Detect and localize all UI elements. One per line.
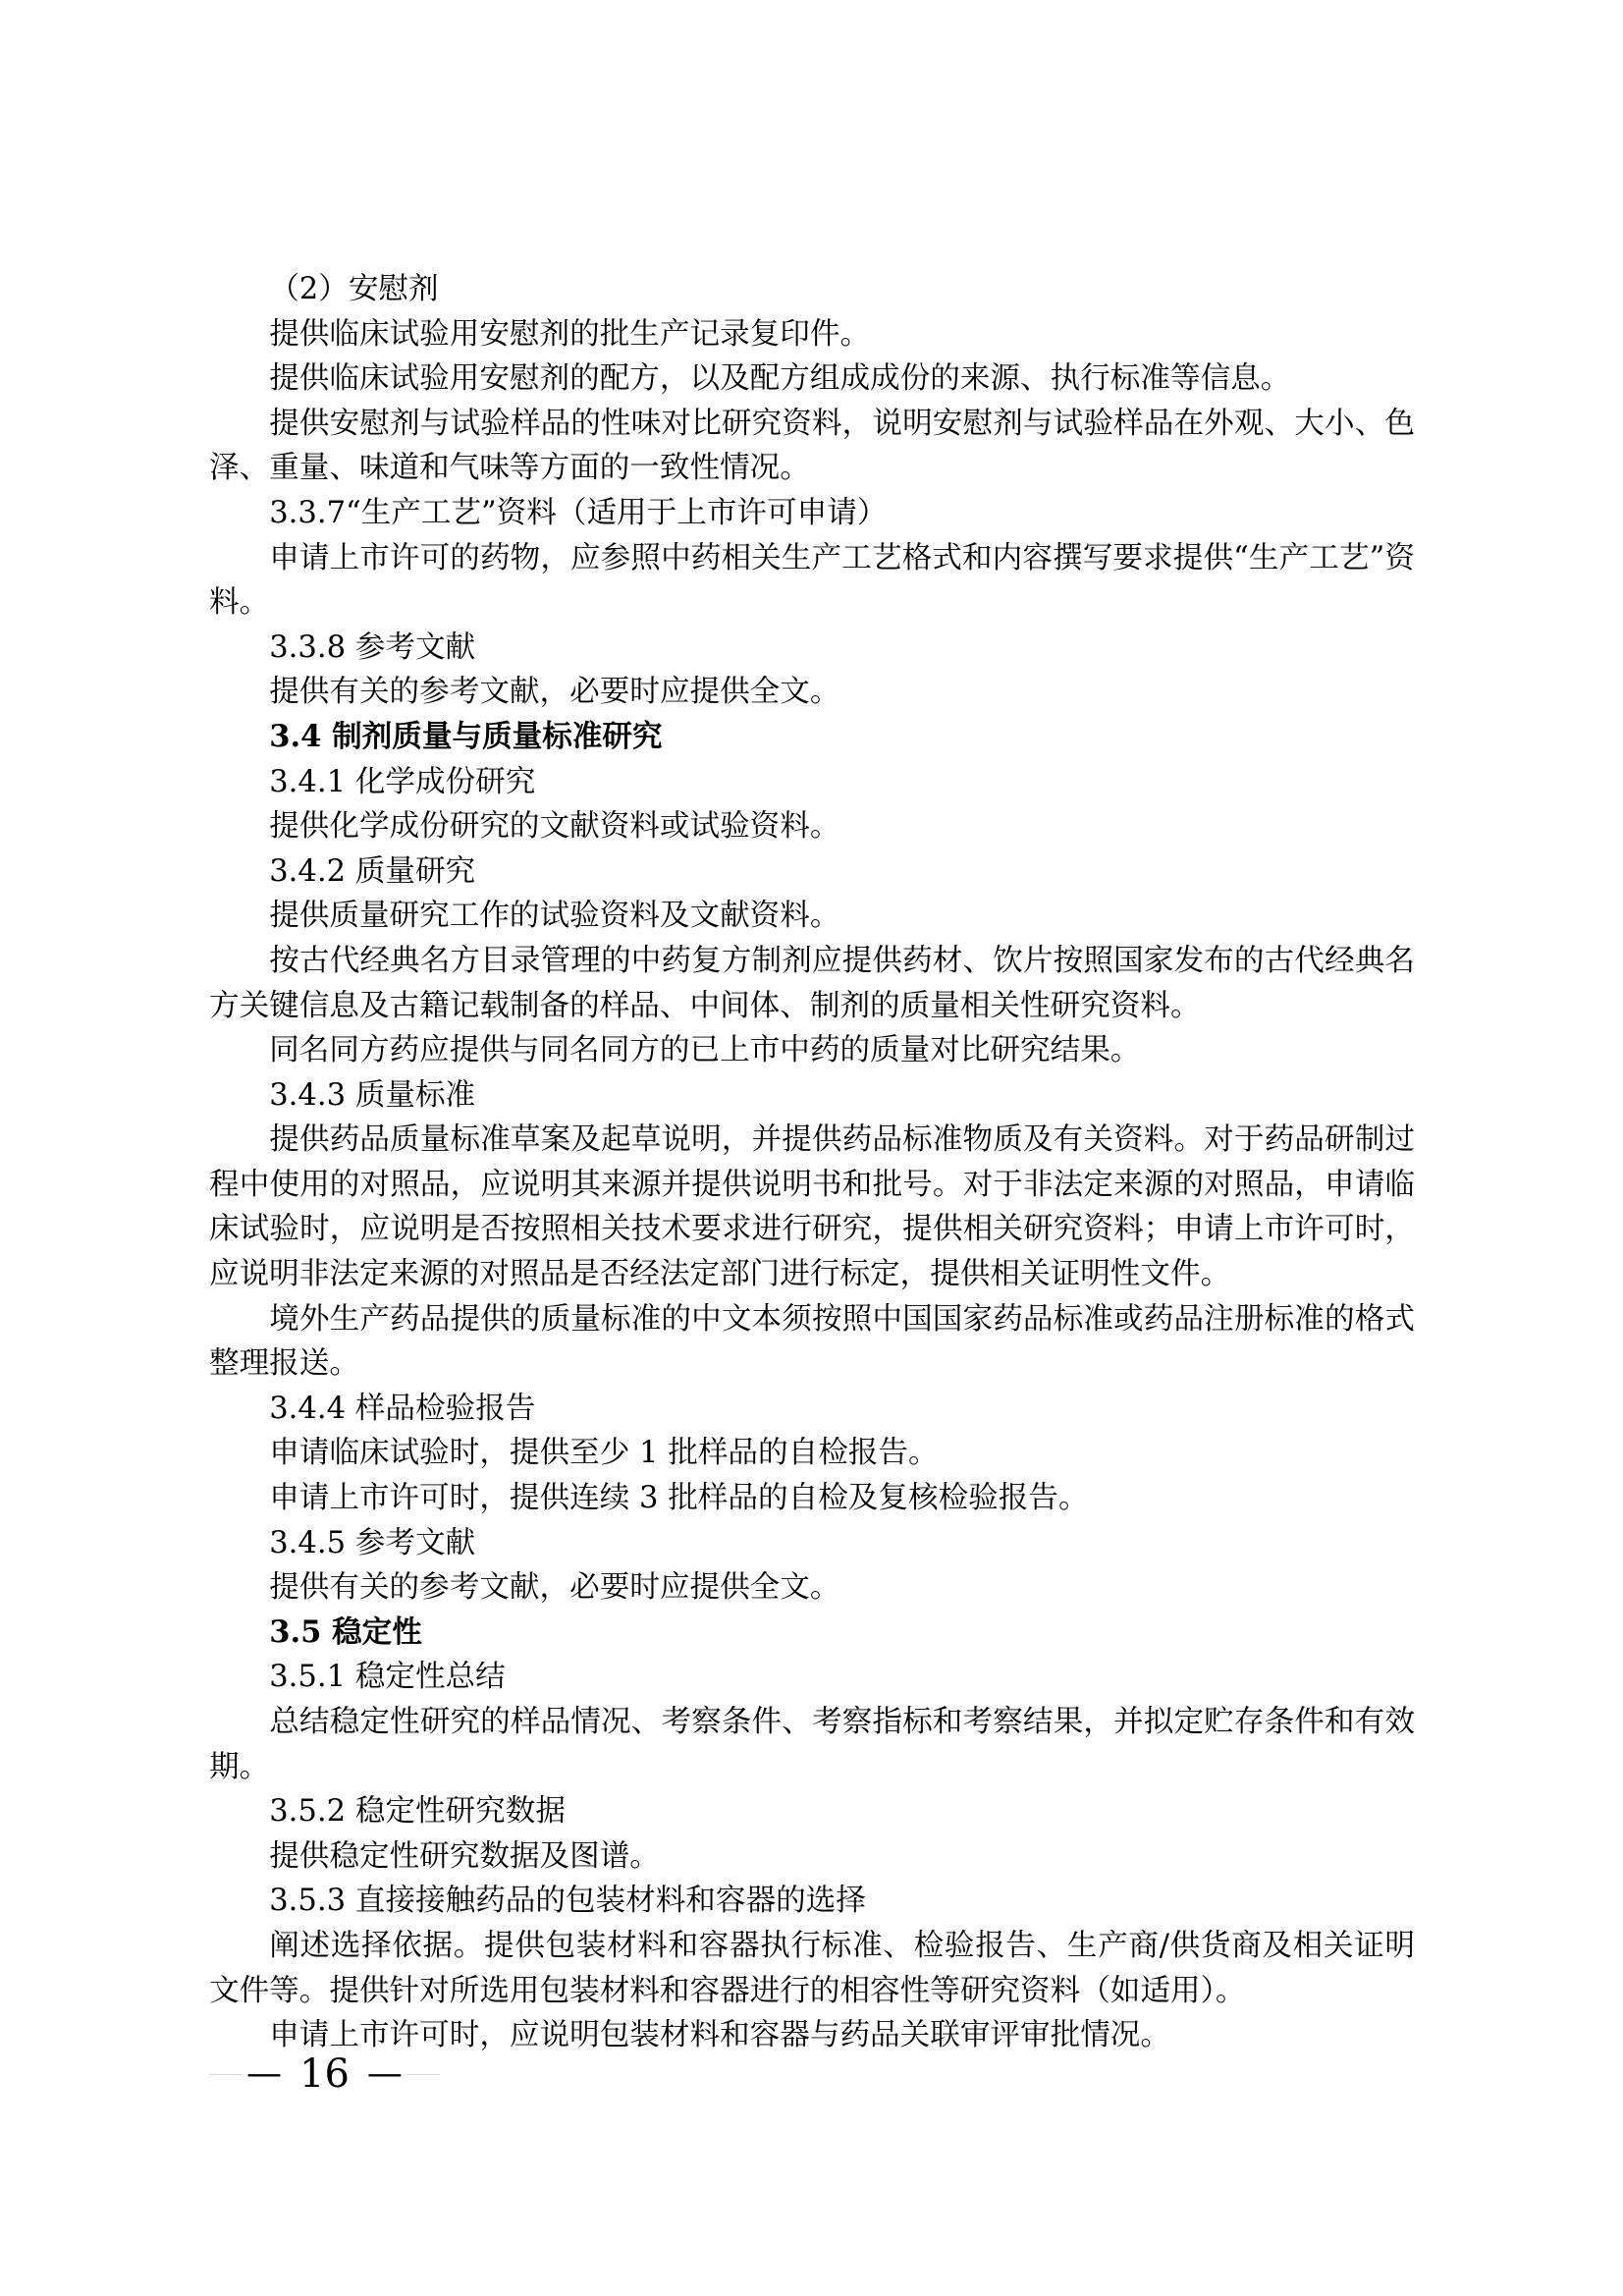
section-3-3-7-heading: 3.3.7“生产工艺”资料（适用于上市许可申请） (209, 491, 1415, 536)
body-paragraph: 申请临床试验时，提供至少 1 批样品的自检报告。 (209, 1431, 1415, 1476)
page-footer: — 16 — (209, 2050, 440, 2098)
body-paragraph: 同名同方药应提供与同名同方的已上市中药的质量对比研究结果。 (209, 1028, 1415, 1073)
section-3-4-1-heading: 3.4.1 化学成份研究 (209, 760, 1415, 805)
page-number: 16 (299, 2050, 350, 2098)
body-paragraph: 提供药品质量标准草案及起草说明，并提供药品标准物质及有关资料。对于药品研制过程中… (209, 1118, 1415, 1296)
item-2-placebo-heading: （2）安慰剂 (209, 267, 1415, 312)
body-paragraph: 申请上市许可时，提供连续 3 批样品的自检及复核检验报告。 (209, 1476, 1415, 1521)
footer-dash-left: — (246, 2050, 282, 2098)
body-paragraph: 申请上市许可的药物，应参照中药相关生产工艺格式和内容撰写要求提供“生产工艺”资料… (209, 536, 1415, 626)
body-paragraph: 提供有关的参考文献，必要时应提供全文。 (209, 670, 1415, 715)
body-paragraph: 提供安慰剂与试验样品的性味对比研究资料，说明安慰剂与试验样品在外观、大小、色泽、… (209, 402, 1415, 491)
footer-dash-right: — (367, 2050, 403, 2098)
section-3-5-1-heading: 3.5.1 稳定性总结 (209, 1655, 1415, 1700)
body-paragraph: 提供稳定性研究数据及图谱。 (209, 1834, 1415, 1880)
body-paragraph: 提供有关的参考文献，必要时应提供全文。 (209, 1565, 1415, 1611)
section-3-5-2-heading: 3.5.2 稳定性研究数据 (209, 1789, 1415, 1834)
section-3-5-3-heading: 3.5.3 直接接触药品的包装材料和容器的选择 (209, 1879, 1415, 1924)
section-3-4-3-heading: 3.4.3 质量标准 (209, 1073, 1415, 1119)
document-page: （2）安慰剂 提供临床试验用安慰剂的批生产记录复印件。 提供临床试验用安慰剂的配… (0, 0, 1623, 2296)
body-paragraph: 境外生产药品提供的质量标准的中文本须按照中国国家药品标准或药品注册标准的格式整理… (209, 1297, 1415, 1387)
document-body: （2）安慰剂 提供临床试验用安慰剂的批生产记录复印件。 提供临床试验用安慰剂的配… (209, 267, 1415, 2058)
section-3-4-2-heading: 3.4.2 质量研究 (209, 849, 1415, 895)
section-3-4-5-heading: 3.4.5 参考文献 (209, 1521, 1415, 1566)
section-3-3-8-heading: 3.3.8 参考文献 (209, 626, 1415, 671)
body-paragraph: 提供临床试验用安慰剂的批生产记录复印件。 (209, 312, 1415, 357)
footer-rule-right (406, 2074, 440, 2075)
section-3-4-4-heading: 3.4.4 样品检验报告 (209, 1387, 1415, 1432)
body-paragraph: 总结稳定性研究的样品情况、考察条件、考察指标和考察结果，并拟定贮存条件和有效期。 (209, 1700, 1415, 1789)
body-paragraph: 阐述选择依据。提供包装材料和容器执行标准、检验报告、生产商/供货商及相关证明文件… (209, 1924, 1415, 2013)
body-paragraph: 按古代经典名方目录管理的中药复方制剂应提供药材、饮片按照国家发布的古代经典名方关… (209, 939, 1415, 1028)
body-paragraph: 提供质量研究工作的试验资料及文献资料。 (209, 894, 1415, 939)
body-paragraph: 提供临床试验用安慰剂的配方，以及配方组成成份的来源、执行标准等信息。 (209, 356, 1415, 402)
body-paragraph: 提供化学成份研究的文献资料或试验资料。 (209, 804, 1415, 849)
section-3-5-heading: 3.5 稳定性 (209, 1611, 1415, 1656)
footer-rule-left (209, 2074, 243, 2075)
section-3-4-heading: 3.4 制剂质量与质量标准研究 (209, 715, 1415, 760)
